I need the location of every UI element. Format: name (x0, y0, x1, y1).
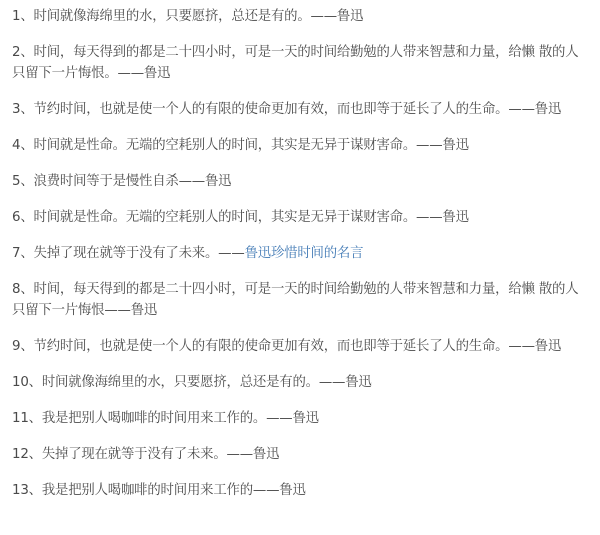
quote-item-10: 10、时间就像海绵里的水，只要愿挤，总还是有的。——鲁迅 (12, 372, 588, 393)
quote-text: 时间，每天得到的都是二十四小时，可是一天的时间给勤勉的人带来智慧和力量，给懒 散… (12, 45, 578, 81)
quote-text: 时间就是性命。无端的空耗别人的时间，其实是无异于谋财害命。——鲁迅 (34, 210, 469, 225)
quote-text: 时间就是性命。无端的空耗别人的时间，其实是无异于谋财害命。——鲁迅 (34, 138, 469, 153)
quote-text: 时间，每天得到的都是二十四小时，可是一天的时间给勤勉的人带来智慧和力量，给懒 散… (12, 282, 578, 318)
quote-number: 5、 (12, 174, 34, 189)
quote-number: 4、 (12, 138, 34, 153)
quote-item-6: 6、时间就是性命。无端的空耗别人的时间，其实是无异于谋财害命。——鲁迅 (12, 207, 588, 228)
quote-number: 10、 (12, 375, 42, 390)
quote-item-11: 11、我是把别人喝咖啡的时间用来工作的。——鲁迅 (12, 408, 588, 429)
quote-text: 失掉了现在就等于没有了未来。—— (34, 246, 245, 261)
quote-item-4: 4、时间就是性命。无端的空耗别人的时间，其实是无异于谋财害命。——鲁迅 (12, 135, 588, 156)
quote-item-7: 7、失掉了现在就等于没有了未来。——鲁迅珍惜时间的名言 (12, 243, 588, 264)
quote-number: 12、 (12, 447, 42, 462)
quote-number: 2、 (12, 45, 34, 60)
quote-text: 我是把别人喝咖啡的时间用来工作的。——鲁迅 (42, 411, 319, 426)
quote-number: 13、 (12, 483, 42, 498)
quote-item-3: 3、节约时间，也就是使一个人的有限的使命更加有效，而也即等于延长了人的生命。——… (12, 99, 588, 120)
quote-item-8: 8、时间，每天得到的都是二十四小时，可是一天的时间给勤勉的人带来智慧和力量，给懒… (12, 279, 588, 321)
quote-number: 8、 (12, 282, 34, 297)
quote-item-9: 9、节约时间，也就是使一个人的有限的使命更加有效，而也即等于延长了人的生命。——… (12, 336, 588, 357)
quote-text: 节约时间，也就是使一个人的有限的使命更加有效，而也即等于延长了人的生命。——鲁迅 (34, 339, 562, 354)
quote-item-13: 13、我是把别人喝咖啡的时间用来工作的——鲁迅 (12, 480, 588, 501)
quote-item-5: 5、浪费时间等于是慢性自杀——鲁迅 (12, 171, 588, 192)
related-article-link[interactable]: 鲁迅珍惜时间的名言 (245, 246, 364, 261)
quote-number: 7、 (12, 246, 34, 261)
quote-number: 6、 (12, 210, 34, 225)
quote-list: 1、时间就像海绵里的水，只要愿挤，总还是有的。——鲁迅 2、时间，每天得到的都是… (0, 0, 600, 501)
quote-number: 11、 (12, 411, 42, 426)
quote-text: 我是把别人喝咖啡的时间用来工作的——鲁迅 (42, 483, 306, 498)
quote-text: 浪费时间等于是慢性自杀——鲁迅 (34, 174, 232, 189)
quote-number: 3、 (12, 102, 34, 117)
quote-item-1: 1、时间就像海绵里的水，只要愿挤，总还是有的。——鲁迅 (12, 6, 588, 27)
quote-number: 1、 (12, 9, 34, 24)
quote-item-12: 12、失掉了现在就等于没有了未来。——鲁迅 (12, 444, 588, 465)
quote-text: 节约时间，也就是使一个人的有限的使命更加有效，而也即等于延长了人的生命。——鲁迅 (34, 102, 562, 117)
quote-text: 时间就像海绵里的水，只要愿挤，总还是有的。——鲁迅 (42, 375, 372, 390)
quote-item-2: 2、时间，每天得到的都是二十四小时，可是一天的时间给勤勉的人带来智慧和力量，给懒… (12, 42, 588, 84)
quote-number: 9、 (12, 339, 34, 354)
quote-text: 时间就像海绵里的水，只要愿挤，总还是有的。——鲁迅 (34, 9, 364, 24)
quote-text: 失掉了现在就等于没有了未来。——鲁迅 (42, 447, 279, 462)
